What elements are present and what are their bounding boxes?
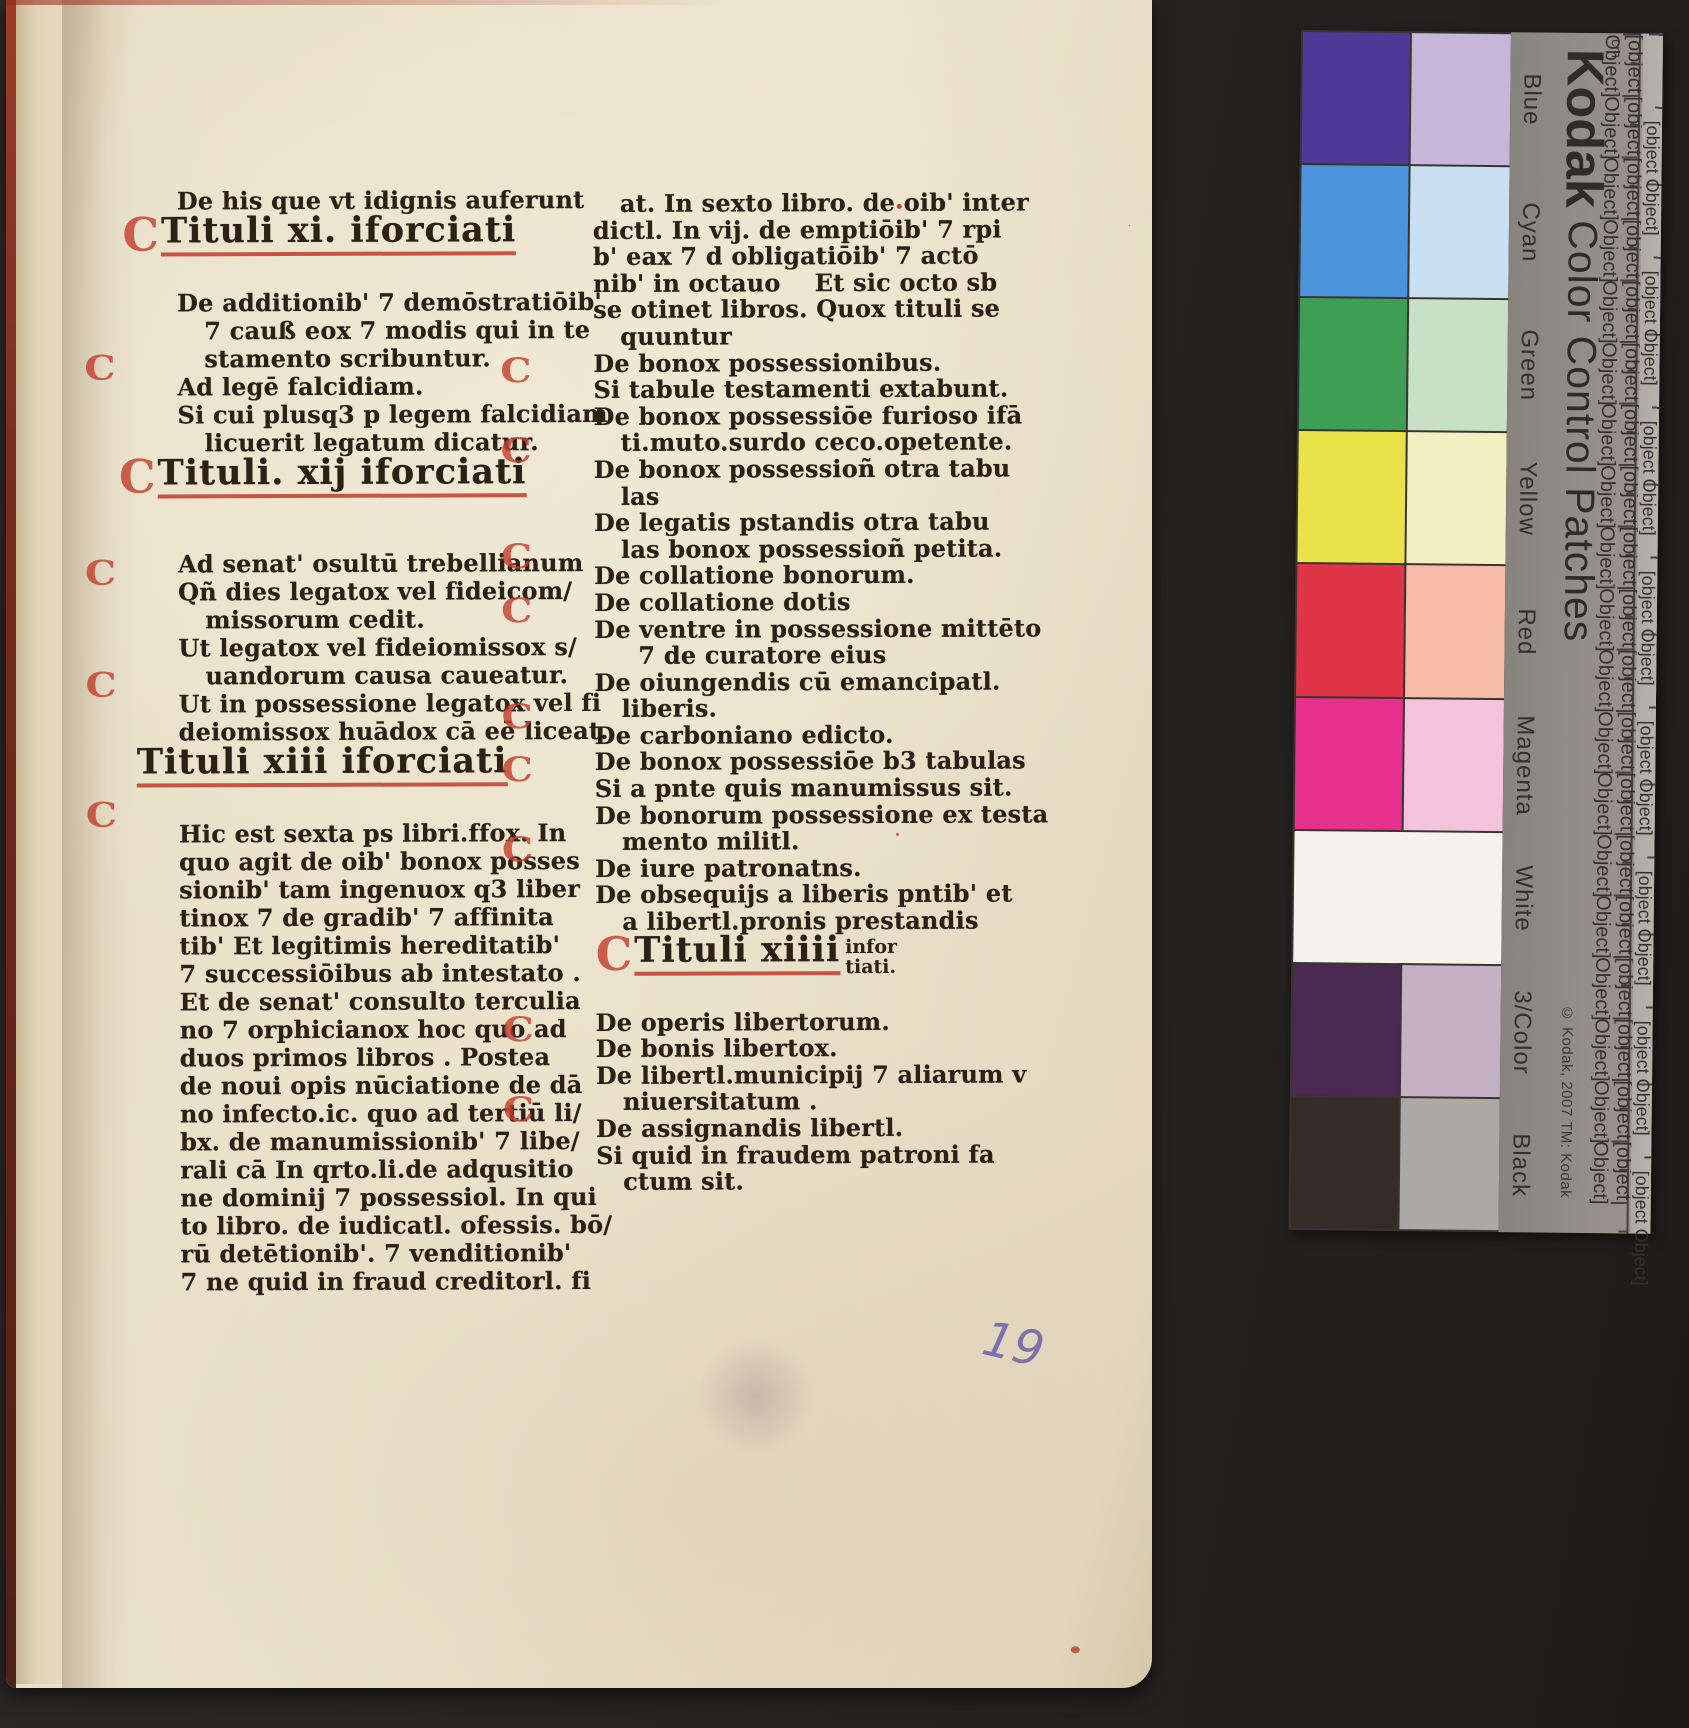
rubric-mark: C bbox=[500, 351, 531, 391]
text-line: las bbox=[533, 461, 957, 489]
rubric-mark: C bbox=[503, 1010, 534, 1050]
color-patch-tint bbox=[1405, 566, 1505, 698]
text-line: ne dominij 7 possessiol. In qui bbox=[119, 1163, 531, 1192]
ruler-cm-number: [object Object] bbox=[1602, 466, 1635, 528]
color-patch-full bbox=[1297, 431, 1405, 563]
text-line: a libertl.pronis prestandis bbox=[534, 887, 958, 915]
ruler-inch-number: [object Object] bbox=[1636, 556, 1658, 706]
color-patch-full bbox=[1302, 32, 1410, 164]
text-line: De bonox possessiōe furioso ifā bbox=[532, 381, 956, 409]
rubric-mark: C bbox=[501, 431, 532, 471]
patch-label: Green bbox=[1507, 299, 1550, 433]
ruler-cm-number: [object Object] bbox=[1596, 1019, 1629, 1081]
red-speck bbox=[1071, 1646, 1080, 1653]
color-patch-row bbox=[1297, 431, 1506, 564]
patch-label: 3/Color bbox=[1500, 965, 1543, 1099]
color-patch-row bbox=[1293, 831, 1502, 964]
line-text: ctum sit. bbox=[623, 1167, 744, 1196]
text-line: De his que vt idignis auferunt bbox=[116, 166, 528, 195]
color-patch-row bbox=[1296, 564, 1505, 697]
text-line: De libertl.municipij 7 aliarum v bbox=[535, 1040, 959, 1068]
ruler-cm-number: [object Object] bbox=[1605, 158, 1638, 220]
color-patch-full bbox=[1296, 564, 1404, 696]
color-patch-full bbox=[1299, 298, 1407, 430]
color-patch-row bbox=[1299, 298, 1508, 431]
text-line: 7 de curatore eius bbox=[533, 621, 957, 649]
text-line: se otinet libros. Quox tituli se bbox=[532, 275, 956, 303]
color-patch-tint bbox=[1404, 699, 1504, 831]
text-line: CHic est sexta ps libri.ffox. In bbox=[118, 799, 530, 828]
color-patch-tint bbox=[1409, 166, 1509, 298]
line-text: Tituli xiii iforciati bbox=[137, 740, 508, 787]
text-line: mento militl. bbox=[534, 807, 958, 835]
patch-label: Black bbox=[1498, 1099, 1541, 1233]
text-line: CUt in possessione legatox vel fi bbox=[117, 669, 529, 698]
color-patch-tint bbox=[1411, 33, 1511, 165]
ruler-cm-number: [object Object] bbox=[1603, 343, 1636, 405]
kodak-label-bar: Blue Cyan Green Yellow Red Magenta White… bbox=[1498, 32, 1663, 1234]
line-text: Tituli. xij iforciati bbox=[158, 451, 527, 498]
patch-label: Cyan bbox=[1508, 166, 1551, 300]
text-line: nib' in octauo Et sic octo sb bbox=[532, 248, 956, 276]
text-line: De operis libertorum. bbox=[535, 987, 959, 1015]
text-line: CDe assignandis libertl. bbox=[535, 1094, 959, 1122]
ruler-cm-number: [object Object] bbox=[1597, 896, 1630, 958]
line-text: Tituli xiiii bbox=[634, 929, 840, 976]
text-line: deiomissox huādox cā eē liceat. bbox=[117, 697, 529, 726]
rubric-mark: C bbox=[84, 349, 115, 389]
text-line: uandorum causa caueatur. bbox=[117, 641, 529, 670]
kodak-copyright: © Kodak, 2007 TM: Kodak bbox=[1557, 1005, 1576, 1198]
ruler-inch-number: [object Object] bbox=[1638, 406, 1660, 556]
text-line: licuerit legatum dicatur. bbox=[116, 408, 528, 437]
text-line: to libro. de iudicatl. ofessis. bō/ bbox=[119, 1191, 531, 1220]
ruler-inch-number: [object Object] bbox=[1631, 1006, 1653, 1156]
text-line: CDe collatione bonorum. bbox=[533, 541, 957, 569]
text-line: CDe bonox possessioñ otra tabu bbox=[533, 435, 957, 463]
text-line: CSi tabule testamenti extabunt. bbox=[532, 355, 956, 383]
color-patch-tint bbox=[1399, 1098, 1499, 1230]
text-line: CDe carboniano edicto. bbox=[534, 701, 958, 729]
color-patch-row bbox=[1290, 1097, 1499, 1230]
text-line: quuntur bbox=[532, 302, 956, 330]
text-line: de noui opis nūciatione de dā bbox=[119, 1051, 531, 1080]
text-line: De bonox possessionibus. bbox=[532, 328, 956, 356]
printed-text-block: De his que vt idignis auferunt CTituli x… bbox=[3, 0, 1155, 1690]
text-line: De legatis pstandis otra tabu bbox=[533, 488, 957, 516]
text-line: rali cā In qrto.li.de adqusitio bbox=[119, 1135, 531, 1164]
text-line: b' eax 7 d obligatiōib' 7 actō bbox=[532, 222, 956, 250]
ruler-cm-number: [object Object] bbox=[1604, 281, 1637, 343]
text-column-right: at. In sexto libro. de oib' inter dictl.… bbox=[532, 169, 960, 1175]
text-line: no 7 orphicianox hoc quo ad bbox=[119, 995, 531, 1024]
color-patch-full bbox=[1290, 1097, 1398, 1229]
heading-suffix-bottom: tiati. bbox=[845, 957, 897, 977]
ruler-inch-number: [object Object] bbox=[1634, 706, 1656, 856]
rubric-mark: C bbox=[86, 796, 117, 836]
ruler-cm-number: [object Object] bbox=[1598, 835, 1631, 897]
color-patch-full bbox=[1295, 698, 1403, 830]
rubric-mark: C bbox=[502, 830, 533, 870]
rubric-mark: C bbox=[501, 697, 532, 737]
text-line: CAd legē falcidiam. bbox=[116, 352, 528, 381]
handwritten-folio-number: 19 bbox=[977, 1310, 1049, 1378]
text-line: ti.muto.surdo ceco.opetente. bbox=[532, 408, 956, 436]
text-line: ctum sit. bbox=[535, 1147, 959, 1175]
text-line: De collatione dotis bbox=[533, 568, 957, 596]
ruler-cm-number: [object Object] bbox=[1599, 712, 1632, 774]
ruler-cm-number: [object Object] bbox=[1604, 220, 1637, 282]
text-line: 7 successiōibus ab intestato . bbox=[118, 939, 530, 968]
text-line: Si cui plusq3 p legem falcidiam bbox=[116, 380, 528, 409]
text-line: De oiungendis cū emancipatl. bbox=[533, 647, 957, 675]
color-patch-tint bbox=[1406, 432, 1506, 564]
text-line: missorum cedit. bbox=[117, 585, 529, 614]
text-line: CDe bonis libertox. bbox=[535, 1014, 959, 1042]
rubric-mark: C bbox=[85, 666, 116, 706]
text-line: sionib' tam ingenuox q3 liber bbox=[118, 855, 530, 884]
ruler-cm-number: [object Object] bbox=[1602, 404, 1635, 466]
text-line: stamento scribuntur. bbox=[116, 324, 528, 353]
text-line: dictl. In vij. de emptiōib' 7 rpi bbox=[532, 195, 956, 223]
color-patch-full bbox=[1292, 964, 1400, 1096]
heading-suffix-stack: infortiati. bbox=[845, 938, 897, 978]
text-line: De bonox possessiōe b3 tabulas bbox=[534, 727, 958, 755]
ruler-cm-number: [object Object] bbox=[1606, 35, 1639, 97]
ruler-inch-number: [object Object] bbox=[1633, 856, 1655, 1006]
ink-specks bbox=[897, 204, 902, 209]
text-line: CTituli. xij iforciati bbox=[117, 448, 529, 522]
patch-label: White bbox=[1501, 832, 1544, 966]
text-line: CDe ventre in possessione mittēto bbox=[533, 594, 957, 622]
text-line: Si quid in fraudem patroni fa bbox=[535, 1120, 959, 1148]
text-line: las bonox possessioñ petita. bbox=[533, 514, 957, 542]
rubric-mark: C bbox=[501, 591, 532, 631]
text-line: CQñ dies legatox vel fideicom/ bbox=[117, 557, 529, 586]
text-line: CDe iure patronatns. bbox=[534, 834, 958, 862]
text-line: liberis. bbox=[533, 674, 957, 702]
stain bbox=[696, 1337, 816, 1455]
rubric-mark: C bbox=[119, 449, 156, 503]
color-patch-tint bbox=[1401, 965, 1501, 1097]
manuscript-page: De his que vt idignis auferunt CTituli x… bbox=[6, 0, 1152, 1688]
text-line: CTituli xi. iforciati bbox=[116, 206, 528, 261]
patch-label: Yellow bbox=[1505, 432, 1548, 566]
color-patch-row bbox=[1295, 698, 1504, 831]
line-text: Tituli xi. iforciati bbox=[161, 209, 516, 256]
color-patch-row bbox=[1302, 32, 1511, 165]
rubric-mark: C bbox=[596, 926, 633, 980]
text-line: Ut legatox vel fideiomissox s/ bbox=[117, 613, 529, 642]
text-line: CTituli xiiiiinfortiati. bbox=[534, 925, 958, 980]
text-line: 7 ne quid in fraud creditorl. fi bbox=[119, 1247, 531, 1276]
ruler-cm-number: [object Object] bbox=[1597, 958, 1630, 1020]
color-patch-row bbox=[1300, 165, 1509, 298]
text-line: tinox 7 de gradib' 7 affinita bbox=[118, 883, 530, 912]
color-patch-row bbox=[1292, 964, 1501, 1097]
color-patch-grid bbox=[1288, 30, 1511, 1232]
rubric-mark: C bbox=[501, 537, 532, 577]
rubric-mark: C bbox=[122, 207, 159, 261]
ruler-inch-number: [object Object] bbox=[1630, 1156, 1652, 1306]
text-column-left: De his que vt idignis auferunt CTituli x… bbox=[116, 166, 532, 1276]
color-patch-tint bbox=[1408, 299, 1508, 431]
text-line: duos primos libros . Postea bbox=[119, 1023, 531, 1052]
ruler-cm-number: [object Object] bbox=[1600, 650, 1633, 712]
ruler-cm-number: [object Object] bbox=[1601, 527, 1634, 589]
photo-canvas: De his que vt idignis auferunt CTituli x… bbox=[0, 0, 1689, 1728]
line-text: 7 ne quid in fraud creditorl. fi bbox=[181, 1266, 592, 1296]
patch-label: Magenta bbox=[1503, 699, 1546, 833]
ruler-cm-number: [object Object] bbox=[1595, 1081, 1628, 1143]
text-line: no infecto.ic. quo ad tertiū li/ bbox=[119, 1079, 531, 1108]
heading-suffix-top: infor bbox=[845, 938, 897, 958]
text-line: Et de senat' consulto terculia bbox=[118, 967, 530, 996]
color-patch-full bbox=[1300, 165, 1408, 297]
text-line: rū detētionib'. 7 venditionib' bbox=[119, 1219, 531, 1248]
rubric-mark: C bbox=[502, 750, 533, 790]
text-line: CSi a pnte quis manumissus sit. bbox=[534, 754, 958, 782]
text-line: tib' Et legitimis hereditatib' bbox=[118, 911, 530, 940]
text-line: niuersitatum . bbox=[535, 1067, 959, 1095]
ruler-inch-number: [object Object] bbox=[1641, 106, 1663, 256]
rubric-mark: C bbox=[503, 1090, 534, 1130]
text-line: Tituli xiii iforciati bbox=[118, 737, 530, 792]
kodak-color-strip: Blue Cyan Green Yellow Red Magenta White… bbox=[1288, 30, 1663, 1234]
text-line: De additionib' 7 demōstratiōib' bbox=[116, 268, 528, 297]
ruler-cm-number: [object Object] bbox=[1606, 97, 1639, 159]
text-line: Ad senat' osultū trebellianum bbox=[117, 529, 529, 558]
color-patch-full bbox=[1293, 831, 1502, 964]
ruler-inch-number: [object Object] bbox=[1639, 256, 1661, 406]
text-line: quo agit de oib' bonox posses bbox=[118, 827, 530, 856]
text-line: De obsequijs a liberis pntib' et bbox=[534, 860, 958, 888]
ruler-cm-number: [object Object] bbox=[1595, 1142, 1628, 1204]
text-line: 7 cauß eox 7 modis qui in te bbox=[116, 296, 528, 325]
ruler-cm-number: [object Object] bbox=[1601, 589, 1634, 651]
ruler-cm-number: [object Object] bbox=[1599, 773, 1632, 835]
patch-label: Blue bbox=[1510, 32, 1553, 166]
rubric-mark: C bbox=[85, 554, 116, 594]
text-line: De bonorum possessione ex testa bbox=[534, 780, 958, 808]
patch-label: Red bbox=[1504, 565, 1547, 699]
text-line: bx. de manumissionib' 7 libe/ bbox=[119, 1107, 531, 1136]
text-line: at. In sexto libro. de oib' inter bbox=[532, 169, 956, 197]
